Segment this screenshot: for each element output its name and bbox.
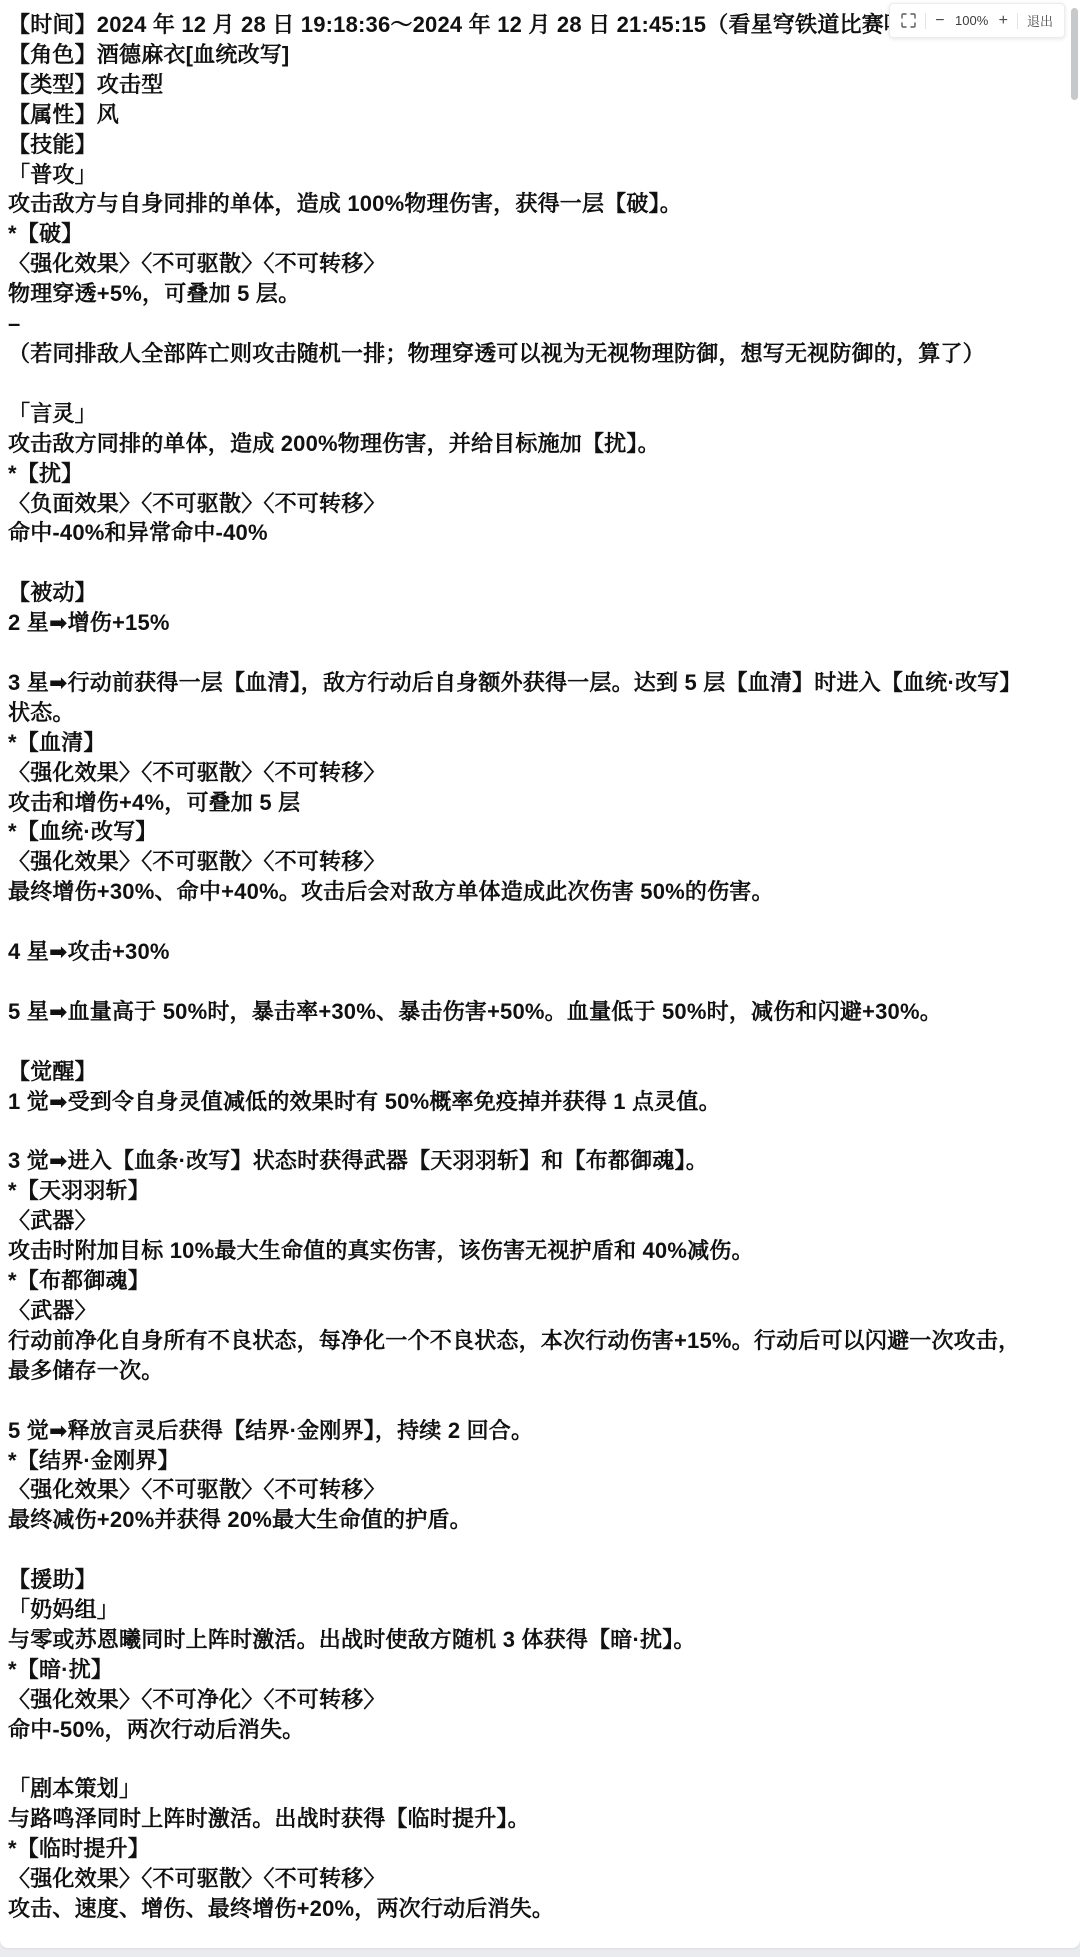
doc-line: 1 觉➡受到令自身灵值减低的效果时有 50%概率免疫掉并获得 1 点灵值。: [8, 1087, 1072, 1117]
document-page: 【时间】2024 年 12 月 28 日 19:18:36～2024 年 12 …: [0, 0, 1080, 1948]
doc-line: 4 星➡攻击+30%: [8, 937, 1072, 967]
doc-line: *【破】: [8, 219, 1072, 249]
doc-line: 物理穿透+5%，可叠加 5 层。: [8, 279, 1072, 309]
doc-line: 〈强化效果〉〈不可驱散〉〈不可转移〉: [8, 758, 1072, 788]
doc-line: 【援助】: [8, 1565, 1072, 1595]
doc-line: 〈强化效果〉〈不可驱散〉〈不可转移〉: [8, 1864, 1072, 1894]
doc-line: [8, 967, 1072, 997]
doc-line: 【技能】: [8, 130, 1072, 160]
doc-line: 〈武器〉: [8, 1296, 1072, 1326]
doc-line: 〈强化效果〉〈不可驱散〉〈不可转移〉: [8, 1475, 1072, 1505]
doc-line: *【天羽羽斩】: [8, 1176, 1072, 1206]
doc-line: 最终减伤+20%并获得 20%最大生命值的护盾。: [8, 1505, 1072, 1535]
doc-line: 【角色】酒德麻衣[血统改写]: [8, 40, 1072, 70]
doc-line: 命中-50%，两次行动后消失。: [8, 1715, 1072, 1745]
doc-line: 最终增伤+30%、命中+40%。攻击后会对敌方单体造成此次伤害 50%的伤害。: [8, 877, 1072, 907]
doc-line: [8, 638, 1072, 668]
doc-line: 〈强化效果〉〈不可驱散〉〈不可转移〉: [8, 249, 1072, 279]
doc-line: [8, 1027, 1072, 1057]
doc-line: 【觉醒】: [8, 1057, 1072, 1087]
doc-line: 攻击敌方与自身同排的单体，造成 100%物理伤害，获得一层【破】。: [8, 189, 1072, 219]
doc-line: 5 星➡血量高于 50%时，暴击率+30%、暴击伤害+50%。血量低于 50%时…: [8, 997, 1072, 1027]
doc-line: （若同排敌人全部阵亡则攻击随机一排；物理穿透可以视为无视物理防御，想写无视防御的…: [8, 339, 1072, 369]
doc-line: 行动前净化自身所有不良状态，每净化一个不良状态，本次行动伤害+15%。行动后可以…: [8, 1326, 1072, 1386]
doc-line: 与路鸣泽同时上阵时激活。出战时获得【临时提升】。: [8, 1804, 1072, 1834]
zoom-level: 100%: [951, 13, 993, 28]
scrollbar-thumb[interactable]: [1071, 8, 1078, 100]
doc-line: 〈强化效果〉〈不可净化〉〈不可转移〉: [8, 1685, 1072, 1715]
doc-line: 3 星➡行动前获得一层【血清】，敌方行动后自身额外获得一层。达到 5 层【血清】…: [8, 668, 1072, 728]
doc-line: [8, 907, 1072, 937]
doc-line: *【布都御魂】: [8, 1266, 1072, 1296]
doc-line: 与零或苏恩曦同时上阵时激活。出战时使敌方随机 3 体获得【暗·扰】。: [8, 1625, 1072, 1655]
vertical-scrollbar[interactable]: [1070, 0, 1079, 1948]
doc-line: *【扰】: [8, 459, 1072, 489]
doc-line: [8, 1535, 1072, 1565]
doc-line: 攻击时附加目标 10%最大生命值的真实伤害，该伤害无视护盾和 40%减伤。: [8, 1236, 1072, 1266]
doc-line: [8, 1386, 1072, 1416]
exit-button[interactable]: 退出: [1021, 4, 1059, 37]
doc-line: 攻击敌方同排的单体，造成 200%物理伤害，并给目标施加【扰】。: [8, 429, 1072, 459]
doc-line: 5 觉➡释放言灵后获得【结界·金刚界】，持续 2 回合。: [8, 1416, 1072, 1446]
toolbar-divider: [925, 13, 926, 29]
doc-line: *【血统·改写】: [8, 817, 1072, 847]
doc-line: 【属性】风: [8, 100, 1072, 130]
fit-screen-button[interactable]: [895, 4, 922, 37]
doc-line: *【暗·扰】: [8, 1655, 1072, 1685]
doc-line: *【结界·金刚界】: [8, 1446, 1072, 1476]
fit-screen-icon: [901, 13, 916, 28]
doc-line: 2 星➡增伤+15%: [8, 608, 1072, 638]
doc-line: 【类型】攻击型: [8, 70, 1072, 100]
doc-line: *【临时提升】: [8, 1834, 1072, 1864]
doc-line: *【血清】: [8, 728, 1072, 758]
doc-line: [8, 1745, 1072, 1775]
doc-line: 〈强化效果〉〈不可驱散〉〈不可转移〉: [8, 847, 1072, 877]
doc-line: 〈负面效果〉〈不可驱散〉〈不可转移〉: [8, 489, 1072, 519]
doc-line: 〈武器〉: [8, 1206, 1072, 1236]
zoom-out-button[interactable]: −: [929, 4, 950, 37]
doc-line: 「奶妈组」: [8, 1595, 1072, 1625]
doc-line: 「言灵」: [8, 399, 1072, 429]
preview-toolbar: − 100% + 退出: [889, 3, 1065, 38]
document-text: 【时间】2024 年 12 月 28 日 19:18:36～2024 年 12 …: [8, 10, 1072, 1924]
doc-line: [8, 1117, 1072, 1147]
doc-line: 「剧本策划」: [8, 1774, 1072, 1804]
doc-line: 【被动】: [8, 578, 1072, 608]
doc-line: [8, 369, 1072, 399]
doc-line: [8, 548, 1072, 578]
doc-line: 3 觉➡进入【血条·改写】状态时获得武器【天羽羽斩】和【布都御魂】。: [8, 1146, 1072, 1176]
doc-line: 命中-40%和异常命中-40%: [8, 518, 1072, 548]
doc-line: 攻击和增伤+4%，可叠加 5 层: [8, 788, 1072, 818]
doc-line: 「普攻」: [8, 160, 1072, 190]
zoom-in-button[interactable]: +: [993, 4, 1014, 37]
doc-line: –: [8, 309, 1072, 339]
doc-line: 攻击、速度、增伤、最终增伤+20%，两次行动后消失。: [8, 1894, 1072, 1924]
toolbar-divider: [1017, 13, 1018, 29]
